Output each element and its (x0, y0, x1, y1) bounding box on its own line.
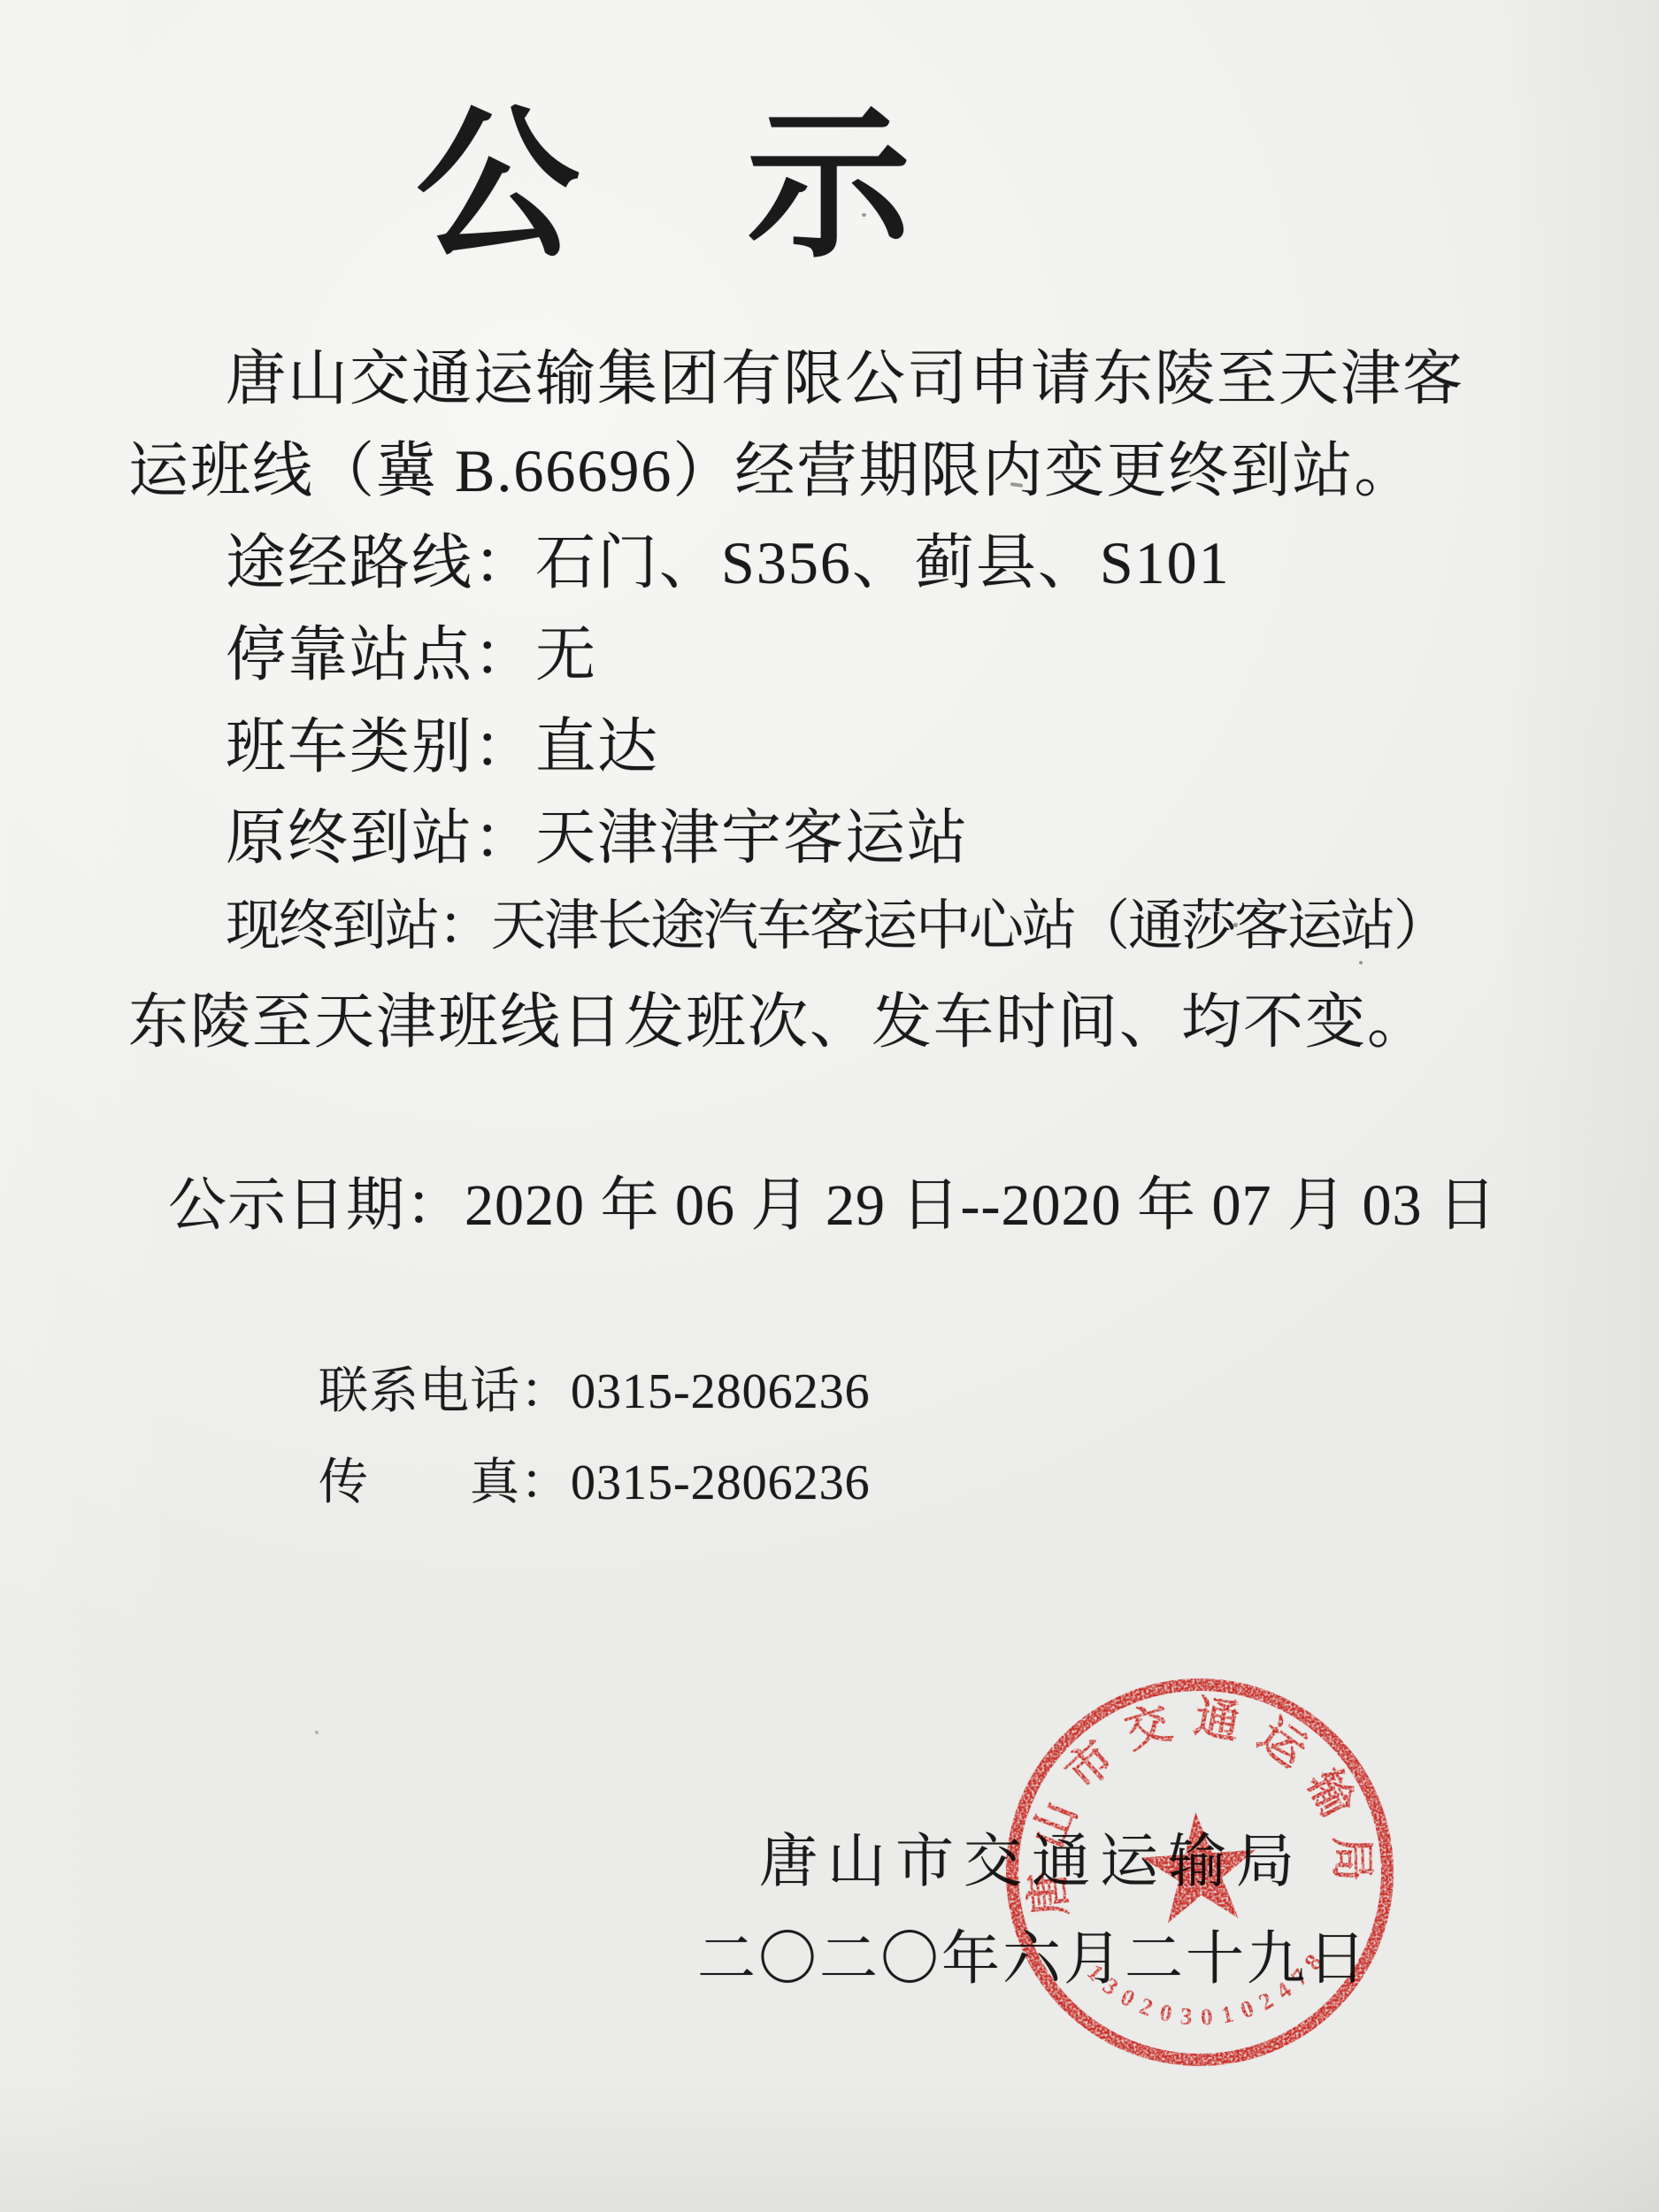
page-title: 公 示 (416, 96, 912, 279)
contact-phone-line: 联系电话：0315-2806236 (319, 1364, 871, 1420)
seal-star (1139, 1809, 1261, 1925)
bus-type-line: 班车类别：直达 (226, 713, 659, 780)
dust-speck (862, 213, 866, 217)
contact-fax-line: 传 真：0315-2806236 (319, 1455, 871, 1511)
notice-period-line: 公示日期：2020 年 06 月 29 日--2020 年 07 月 03 日 (168, 1173, 1497, 1239)
stops-line: 停靠站点：无 (226, 621, 597, 688)
intro-line-1: 唐山交通运输集团有限公司申请东陵至天津客 (226, 345, 1464, 412)
dust-speck (1233, 923, 1238, 927)
new-terminal-line: 现终到站：天津长途汽车客运中心站（通莎客运站） (226, 896, 1447, 957)
intro-line-2: 运班线（冀 B.66696）经营期限内变更终到站。 (128, 437, 1416, 504)
seal-graphics: 唐山市交通运输局 1302030102478 (1000, 1672, 1401, 2073)
official-seal: 唐山市交通运输局 1302030102478 (983, 1655, 1417, 2090)
notice-document: 公 示 唐山交通运输集团有限公司申请东陵至天津客 运班线（冀 B.66696）经… (0, 0, 1659, 2212)
route-line: 途经路线：石门、S356、蓟县、S101 (226, 529, 1231, 596)
original-terminal-line: 原终到站：天津津宇客运站 (226, 804, 969, 872)
unchanged-line: 东陵至天津班线日发班次、发车时间、均不变。 (128, 988, 1429, 1056)
dust-speck (1359, 961, 1363, 964)
dust-speck (315, 1731, 319, 1734)
seal-number-arc-text: 1302030102478 (1080, 1940, 1337, 2039)
